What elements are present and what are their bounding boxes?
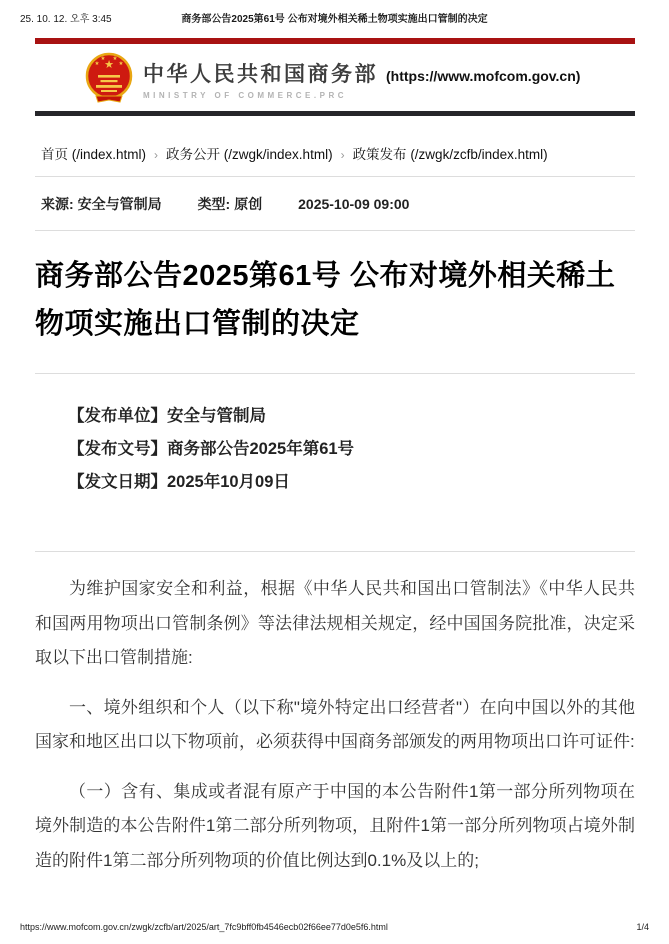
site-header: ★ ★ ★ ★ ★ 中华人民共和国商务部 (https://www.mofcom…: [35, 38, 635, 116]
paragraph-item-1-1: （一）含有、集成或者混有原产于中国的本公告附件1第一部分所列物项在境外制造的本公…: [35, 775, 635, 879]
chevron-right-icon: ›: [154, 148, 158, 162]
svg-text:★: ★: [119, 61, 124, 67]
breadcrumb: 首页 (/index.html)›政务公开 (/zwgk/index.html)…: [35, 143, 635, 163]
article-meta: 来源:安全与管制局 类型:原创 2025-10-09 09:00: [35, 194, 635, 214]
paragraph-preamble: 为维护国家安全和利益，根据《中华人民共和国出口管制法》《中华人民共和国两用物项出…: [35, 572, 635, 676]
page-content: ★ ★ ★ ★ ★ 中华人民共和国商务部 (https://www.mofcom…: [35, 38, 635, 893]
chevron-right-icon: ›: [341, 148, 345, 162]
breadcrumb-item-zcfb[interactable]: 政策发布 (/zwgk/zcfb/index.html): [353, 147, 548, 162]
paragraph-item-1: 一、境外组织和个人（以下称"境外特定出口经营者"）在向中国以外的其他国家和地区出…: [35, 691, 635, 760]
meta-source: 来源:安全与管制局: [41, 196, 162, 212]
divider: [35, 176, 635, 177]
org-subtitle: MINISTRY OF COMMERCE.PRC: [143, 91, 580, 100]
breadcrumb-item-zwgk[interactable]: 政务公开 (/zwgk/index.html): [166, 147, 333, 162]
article-title: 商务部公告2025第61号 公布对境外相关稀土物项实施出口管制的决定: [35, 252, 635, 348]
print-timestamp: 25. 10. 12. 오후 3:45: [20, 10, 112, 25]
meta-type: 类型:原创: [198, 196, 263, 212]
info-doc-number: 【发布文号】商务部公告2025年第61号: [68, 433, 635, 466]
divider: [35, 551, 635, 552]
svg-text:★: ★: [113, 56, 118, 62]
print-page-number: 1/4: [636, 922, 649, 932]
org-url-link[interactable]: (https://www.mofcom.gov.cn): [386, 68, 580, 84]
svg-text:★: ★: [95, 61, 100, 67]
prc-national-emblem-icon: ★ ★ ★ ★ ★: [85, 51, 133, 105]
print-doc-title: 商务部公告2025第61号 公布对境外相关稀土物项实施出口管制的决定: [181, 10, 487, 25]
article-body: 为维护国家安全和利益，根据《中华人民共和国出口管制法》《中华人民共和国两用物项出…: [35, 572, 635, 878]
print-url: https://www.mofcom.gov.cn/zwgk/zcfb/art/…: [20, 922, 388, 932]
divider: [35, 230, 635, 231]
org-name: 中华人民共和国商务部: [143, 58, 378, 88]
org-block: 中华人民共和国商务部 (https://www.mofcom.gov.cn) M…: [143, 56, 580, 100]
divider: [35, 373, 635, 374]
article-info-block: 【发布单位】安全与管制局 【发布文号】商务部公告2025年第61号 【发文日期】…: [35, 400, 635, 499]
svg-text:★: ★: [101, 56, 106, 62]
info-issue-date: 【发文日期】2025年10月09日: [68, 466, 635, 499]
breadcrumb-item-home[interactable]: 首页 (/index.html): [41, 147, 146, 162]
info-publisher: 【发布单位】安全与管制局: [68, 400, 635, 433]
print-header: 25. 10. 12. 오후 3:45 商务部公告2025第61号 公布对境外相…: [20, 10, 649, 24]
print-footer: https://www.mofcom.gov.cn/zwgk/zcfb/art/…: [20, 922, 649, 934]
meta-datetime: 2025-10-09 09:00: [298, 196, 409, 212]
